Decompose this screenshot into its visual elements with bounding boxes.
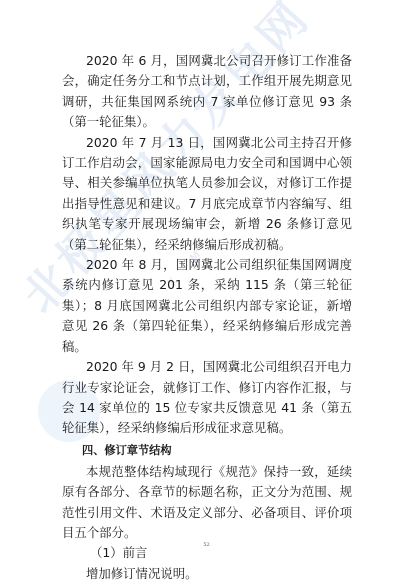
paragraph-june-prep-meeting: 2020 年 6 月，国网冀北公司召开修订工作准备会，确定任务分工和节点计划，工… (62, 51, 352, 133)
section-heading: 四、修订章节结构 (62, 440, 352, 462)
document-body: 2020 年 6 月，国网冀北公司召开修订工作准备会，确定任务分工和节点计划，工… (62, 51, 352, 584)
paragraph-preface-note: 增加修订情况说明。 (62, 564, 352, 584)
paragraph-august-collection: 2020 年 8 月，国网冀北公司组织征集国网调度系统内修订意见 201 条，采… (62, 255, 352, 357)
paragraph-structure-overview: 本规范整体结构域现行《规范》保持一致，延续原有各部分、各章节的标题名称，正文分为… (62, 462, 352, 544)
page-number: 52 (0, 542, 413, 548)
paragraph-september-review: 2020 年 9 月 2 日，国网冀北公司组织召开电力行业专家论证会，就修订工作… (62, 357, 352, 439)
document-page: 北极星风力发电网 JXM 2020 年 6 月，国网冀北公司召开修订工作准备会，… (0, 0, 413, 585)
paragraph-july-kickoff-meeting: 2020 年 7 月 13 日，国网冀北公司主持召开修订工作启动会，国家能源局电… (62, 133, 352, 255)
